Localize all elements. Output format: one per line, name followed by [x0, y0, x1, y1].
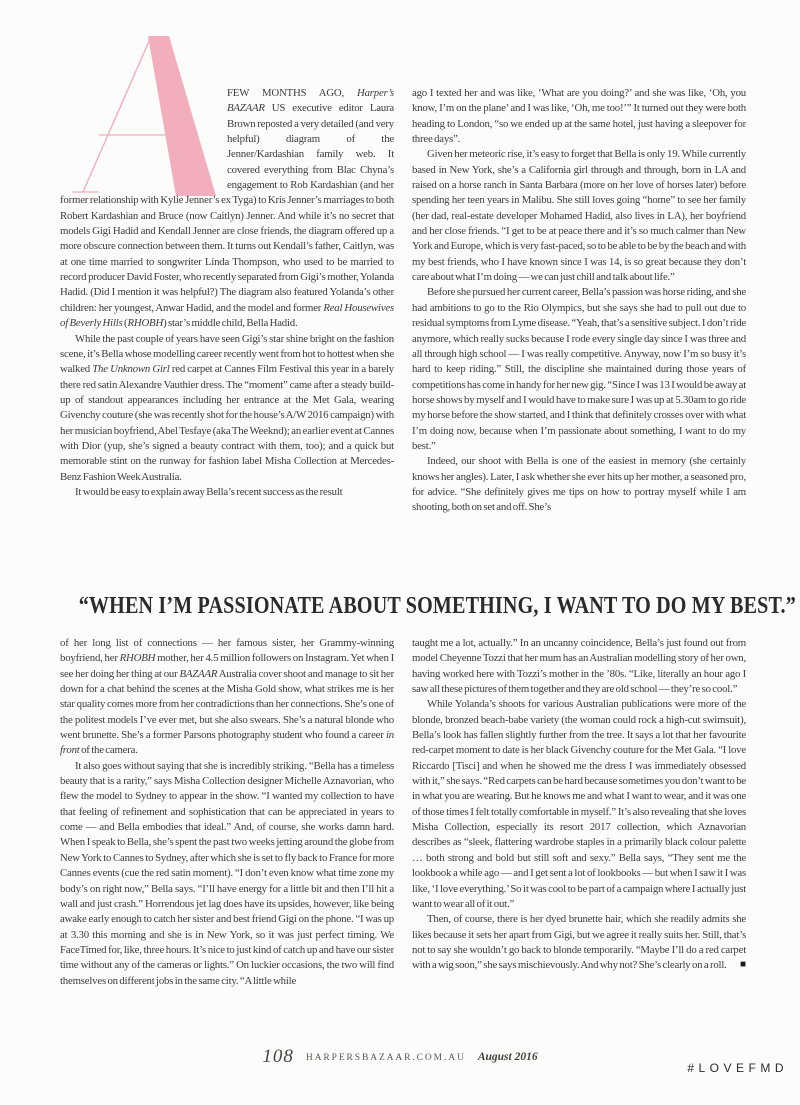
paragraph: taught me a lot, actually.” In an uncann…	[412, 636, 746, 697]
magazine-page: FEW MONTHS AGO, Harper’s BAZAAR US execu…	[0, 0, 800, 1105]
paragraph: ago I texted her and was like, ‘What are…	[412, 86, 746, 147]
page-number: 108	[262, 1046, 294, 1067]
paragraph: of her long list of connections — her fa…	[60, 636, 394, 759]
paragraph: While Yolanda’s shoots for various Austr…	[412, 697, 746, 912]
paragraph: FEW MONTHS AGO, Harper’s BAZAAR US execu…	[60, 86, 394, 332]
paragraph: It would be easy to explain away Bella’s…	[60, 485, 394, 500]
page-footer: 108 HARPERSBAZAAR.COM.AU August 2016	[0, 1046, 800, 1068]
lovefmd-watermark: #LOVEFMD	[687, 1061, 788, 1075]
paragraph-text: Then, of course, there is her dyed brune…	[412, 913, 746, 971]
paragraph: Then, of course, there is her dyed brune…	[412, 912, 746, 973]
paragraph: Indeed, our shoot with Bella is one of t…	[412, 454, 746, 515]
paragraph: Before she pursued her current career, B…	[412, 285, 746, 454]
website-url: HARPERSBAZAAR.COM.AU	[306, 1053, 466, 1063]
dropcap-spacer	[60, 86, 220, 192]
pull-quote-text: “WHEN I’M PASSIONATE ABOUT SOMETHING, I …	[79, 592, 796, 620]
issue-date: August 2016	[478, 1051, 538, 1063]
end-mark: ■	[725, 957, 746, 972]
paragraph: While the past couple of years have seen…	[60, 332, 394, 485]
top-left-column: FEW MONTHS AGO, Harper’s BAZAAR US execu…	[60, 86, 394, 592]
article-bottom-section: of her long list of connections — her fa…	[60, 636, 746, 1018]
bottom-left-column: of her long list of connections — her fa…	[60, 636, 394, 1018]
bottom-right-column: taught me a lot, actually.” In an uncann…	[412, 636, 746, 1018]
article-top-section: FEW MONTHS AGO, Harper’s BAZAAR US execu…	[60, 86, 746, 592]
paragraph: Given her meteoric rise, it’s easy to fo…	[412, 147, 746, 285]
top-right-column: ago I texted her and was like, ‘What are…	[412, 86, 746, 592]
pull-quote: “WHEN I’M PASSIONATE ABOUT SOMETHING, I …	[0, 592, 800, 620]
paragraph: It also goes without saying that she is …	[60, 759, 394, 989]
